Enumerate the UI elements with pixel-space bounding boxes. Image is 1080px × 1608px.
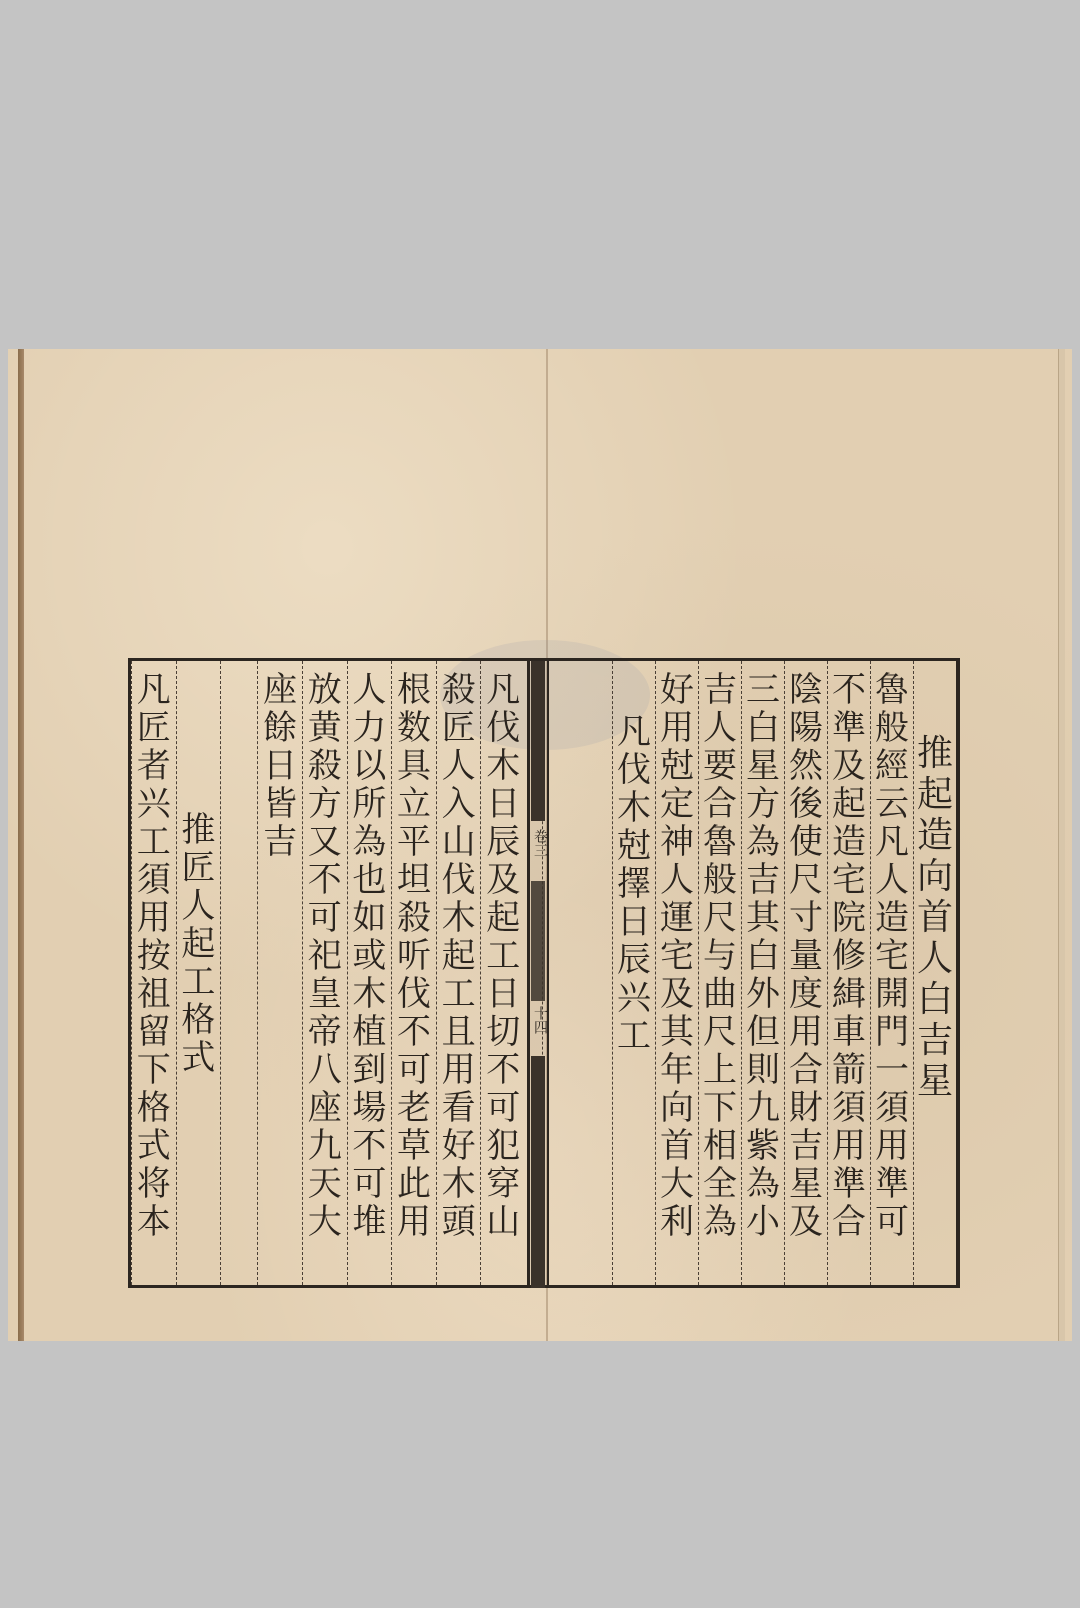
glyph: 工 <box>439 975 479 1013</box>
glyph: 用 <box>439 1051 479 1089</box>
glyph: 格 <box>134 1089 174 1127</box>
glyph: 曲 <box>700 975 740 1013</box>
text-column: 根数具立平坦殺听伐不可老草此用 <box>391 661 436 1285</box>
glyph: 草 <box>394 1127 434 1165</box>
glyph: 八 <box>305 1051 345 1089</box>
fish-tail-mark <box>531 661 545 821</box>
glyph: 数 <box>394 709 434 747</box>
glyph: 陽 <box>786 709 826 747</box>
fish-tail-mark <box>531 1056 545 1288</box>
glyph: 木 <box>439 899 479 937</box>
glyph: 听 <box>394 937 434 975</box>
glyph: 日 <box>483 975 523 1013</box>
glyph: 匠 <box>178 849 218 887</box>
glyph: 辰 <box>614 941 654 979</box>
glyph: 後 <box>786 785 826 823</box>
glyph: 用 <box>394 1203 434 1241</box>
glyph: 匠 <box>439 709 479 747</box>
glyph: 宅 <box>829 861 869 899</box>
glyph: 日 <box>614 903 654 941</box>
text-column: 陰陽然後使尺寸量度用合財吉星及 <box>784 661 827 1285</box>
glyph: 但 <box>743 1013 783 1051</box>
glyph: 及 <box>829 747 869 785</box>
text-column: 殺匠人入山伐木起工且用看好木頭 <box>436 661 481 1285</box>
glyph: 用 <box>872 1127 912 1165</box>
glyph: 度 <box>786 975 826 1013</box>
glyph: 老 <box>394 1089 434 1127</box>
glyph: 具 <box>394 747 434 785</box>
glyph: 神 <box>657 823 697 861</box>
glyph: 座 <box>305 1089 345 1127</box>
glyph: 殺 <box>305 747 345 785</box>
volume-label: 卷三 <box>529 829 547 857</box>
glyph: 云 <box>872 785 912 823</box>
glyph: 下 <box>134 1051 174 1089</box>
glyph: 造 <box>872 899 912 937</box>
text-column-blank <box>220 661 257 1285</box>
glyph: 大 <box>657 1165 697 1203</box>
glyph: 白 <box>743 709 783 747</box>
glyph: 所 <box>349 785 389 823</box>
glyph: 方 <box>305 785 345 823</box>
glyph: 式 <box>178 1039 218 1077</box>
page-edge-right <box>1058 349 1065 1341</box>
glyph: 箭 <box>829 1051 869 1089</box>
glyph: 可 <box>305 899 345 937</box>
glyph: 不 <box>305 861 345 899</box>
glyph: 全 <box>700 1165 740 1203</box>
glyph: 使 <box>786 823 826 861</box>
glyph: 匠 <box>134 709 174 747</box>
text-column: 吉人要合魯般尺与曲尺上下相全為 <box>698 661 741 1285</box>
glyph: 留 <box>134 1013 174 1051</box>
glyph: 緝 <box>829 975 869 1013</box>
text-column: 凡伐木日辰及起工日切不可犯穿山 <box>480 661 525 1285</box>
glyph: 植 <box>349 1013 389 1051</box>
glyph: 其 <box>743 899 783 937</box>
glyph: 頭 <box>439 1203 479 1241</box>
glyph: 坦 <box>394 861 434 899</box>
glyph: 好 <box>657 671 697 709</box>
printed-frame: 推起造向首人白吉星 魯般經云凡人造宅開門一須用準可 不準及起造宅院修緝車箭須用準… <box>128 658 960 1288</box>
glyph: 年 <box>657 1051 697 1089</box>
glyph: 凡 <box>483 671 523 709</box>
glyph: 木 <box>439 1165 479 1203</box>
glyph: 且 <box>439 1013 479 1051</box>
glyph: 運 <box>657 899 697 937</box>
text-column: 魯般經云凡人造宅開門一須用準可 <box>870 661 913 1285</box>
glyph: 下 <box>700 1089 740 1127</box>
glyph: 祖 <box>134 975 174 1013</box>
glyph: 木 <box>483 747 523 785</box>
glyph: 三 <box>743 671 783 709</box>
glyph: 陰 <box>786 671 826 709</box>
glyph: 及 <box>483 861 523 899</box>
glyph: 殺 <box>394 899 434 937</box>
glyph: 般 <box>700 861 740 899</box>
glyph: 首 <box>915 897 955 938</box>
glyph: 尺 <box>700 899 740 937</box>
glyph: 工 <box>614 1017 654 1055</box>
glyph: 相 <box>700 1127 740 1165</box>
glyph: 首 <box>657 1127 697 1165</box>
glyph: 力 <box>349 709 389 747</box>
glyph: 尅 <box>657 747 697 785</box>
glyph: 伐 <box>614 751 654 789</box>
glyph: 起 <box>439 937 479 975</box>
glyph: 到 <box>349 1051 389 1089</box>
glyph: 天 <box>305 1165 345 1203</box>
glyph: 工 <box>483 937 523 975</box>
glyph: 看 <box>439 1089 479 1127</box>
glyph: 起 <box>829 785 869 823</box>
glyph: 日 <box>260 747 300 785</box>
glyph: 兴 <box>134 785 174 823</box>
glyph: 根 <box>394 671 434 709</box>
glyph: 切 <box>483 1013 523 1051</box>
page-number: 十四 <box>529 1006 547 1034</box>
glyph: 也 <box>349 861 389 899</box>
glyph: 財 <box>786 1089 826 1127</box>
glyph: 方 <box>743 785 783 823</box>
glyph: 者 <box>134 747 174 785</box>
glyph: 推 <box>178 811 218 849</box>
glyph: 人 <box>439 747 479 785</box>
glyph: 穿 <box>483 1165 523 1203</box>
glyph: 宅 <box>657 937 697 975</box>
glyph: 開 <box>872 975 912 1013</box>
text-column: 凡匠者兴工須用按祖留下格式将本 <box>131 661 176 1285</box>
glyph: 星 <box>743 747 783 785</box>
glyph: 立 <box>394 785 434 823</box>
text-column: 不準及起造宅院修緝車箭須用準合 <box>827 661 870 1285</box>
glyph: 利 <box>657 1203 697 1241</box>
glyph: 尺 <box>786 861 826 899</box>
glyph: 量 <box>786 937 826 975</box>
glyph: 外 <box>743 975 783 1013</box>
glyph: 人 <box>700 709 740 747</box>
glyph: 用 <box>657 709 697 747</box>
glyph: 不 <box>483 1051 523 1089</box>
glyph: 木 <box>614 789 654 827</box>
glyph: 帝 <box>305 1013 345 1051</box>
glyph: 不 <box>349 1127 389 1165</box>
glyph: 将 <box>134 1165 174 1203</box>
glyph: 須 <box>872 1089 912 1127</box>
right-half-leaf: 推起造向首人白吉星 魯般經云凡人造宅開門一須用準可 不準及起造宅院修緝車箭須用準… <box>538 661 956 1285</box>
glyph: 或 <box>349 937 389 975</box>
glyph: 紫 <box>743 1127 783 1165</box>
glyph: 合 <box>786 1051 826 1089</box>
glyph: 及 <box>657 975 697 1013</box>
text-column: 推起造向首人白吉星 <box>913 661 956 1285</box>
glyph: 一 <box>872 1051 912 1089</box>
glyph: 放 <box>305 671 345 709</box>
glyph: 合 <box>700 785 740 823</box>
glyph: 山 <box>439 823 479 861</box>
glyph: 為 <box>349 823 389 861</box>
glyph: 黄 <box>305 709 345 747</box>
glyph: 吉 <box>700 671 740 709</box>
glyph: 餘 <box>260 709 300 747</box>
glyph: 其 <box>657 1013 697 1051</box>
glyph: 用 <box>786 1013 826 1051</box>
glyph: 門 <box>872 1013 912 1051</box>
glyph: 車 <box>829 1013 869 1051</box>
glyph: 小 <box>743 1203 783 1241</box>
glyph: 人 <box>872 861 912 899</box>
glyph: 本 <box>134 1203 174 1241</box>
glyph: 準 <box>829 709 869 747</box>
glyph: 經 <box>872 747 912 785</box>
banxin-center-strip: 卷三 十四 <box>527 661 549 1285</box>
glyph: 須 <box>134 861 174 899</box>
glyph: 人 <box>915 938 955 979</box>
glyph: 星 <box>915 1061 955 1102</box>
glyph: 須 <box>829 1089 869 1127</box>
glyph: 星 <box>786 1165 826 1203</box>
glyph: 皆 <box>260 785 300 823</box>
glyph: 辰 <box>483 823 523 861</box>
glyph: 可 <box>349 1165 389 1203</box>
glyph: 向 <box>915 856 955 897</box>
glyph: 定 <box>657 785 697 823</box>
glyph: 魯 <box>872 671 912 709</box>
glyph: 吉 <box>743 861 783 899</box>
glyph: 日 <box>483 785 523 823</box>
glyph: 吉 <box>786 1127 826 1165</box>
text-column: 人力以所為也如或木植到場不可堆 <box>347 661 392 1285</box>
text-column: 三白星方為吉其白外但則九紫為小 <box>741 661 784 1285</box>
glyph: 白 <box>743 937 783 975</box>
glyph: 則 <box>743 1051 783 1089</box>
glyph: 上 <box>700 1051 740 1089</box>
glyph: 起 <box>915 774 955 815</box>
glyph: 白 <box>915 979 955 1020</box>
glyph: 向 <box>657 1089 697 1127</box>
text-column: 凡伐木尅擇日辰兴工 <box>612 661 655 1285</box>
glyph: 起 <box>178 925 218 963</box>
glyph: 式 <box>134 1127 174 1165</box>
page-edge-left <box>18 349 24 1341</box>
glyph: 殺 <box>439 671 479 709</box>
glyph: 造 <box>915 815 955 856</box>
glyph: 此 <box>394 1165 434 1203</box>
glyph: 尅 <box>614 827 654 865</box>
glyph: 按 <box>134 937 174 975</box>
glyph: 吉 <box>915 1020 955 1061</box>
glyph: 格 <box>178 1001 218 1039</box>
glyph: 魯 <box>700 823 740 861</box>
glyph: 吉 <box>260 823 300 861</box>
glyph: 不 <box>829 671 869 709</box>
glyph: 犯 <box>483 1127 523 1165</box>
glyph: 兴 <box>614 979 654 1017</box>
glyph: 工 <box>178 963 218 1001</box>
glyph: 座 <box>260 671 300 709</box>
glyph: 伐 <box>483 709 523 747</box>
glyph: 山 <box>483 1203 523 1241</box>
glyph: 好 <box>439 1127 479 1165</box>
glyph: 修 <box>829 937 869 975</box>
glyph: 伐 <box>439 861 479 899</box>
glyph: 用 <box>134 899 174 937</box>
glyph: 尺 <box>700 1013 740 1051</box>
text-column-blank <box>542 661 612 1285</box>
glyph: 凡 <box>872 823 912 861</box>
glyph: 伐 <box>394 975 434 1013</box>
glyph: 起 <box>483 899 523 937</box>
glyph: 為 <box>743 823 783 861</box>
glyph: 如 <box>349 899 389 937</box>
glyph: 祀 <box>305 937 345 975</box>
glyph: 大 <box>305 1203 345 1241</box>
glyph: 為 <box>700 1203 740 1241</box>
glyph: 九 <box>743 1089 783 1127</box>
glyph: 凡 <box>614 713 654 751</box>
glyph: 以 <box>349 747 389 785</box>
glyph: 用 <box>829 1127 869 1165</box>
glyph: 般 <box>872 709 912 747</box>
glyph: 人 <box>657 861 697 899</box>
glyph: 木 <box>349 975 389 1013</box>
glyph: 又 <box>305 823 345 861</box>
glyph: 皇 <box>305 975 345 1013</box>
glyph: 準 <box>829 1165 869 1203</box>
glyph: 擇 <box>614 865 654 903</box>
glyph: 院 <box>829 899 869 937</box>
glyph: 凡 <box>134 671 174 709</box>
glyph: 平 <box>394 823 434 861</box>
glyph: 人 <box>178 887 218 925</box>
text-column: 推匠人起工格式 <box>176 661 221 1285</box>
glyph: 造 <box>829 823 869 861</box>
glyph: 為 <box>743 1165 783 1203</box>
glyph: 要 <box>700 747 740 785</box>
fish-tail-mark <box>531 881 545 1001</box>
glyph: 堆 <box>349 1203 389 1241</box>
glyph: 可 <box>872 1203 912 1241</box>
text-column: 座餘日皆吉 <box>257 661 302 1285</box>
left-half-leaf: 凡伐木日辰及起工日切不可犯穿山 殺匠人入山伐木起工且用看好木頭 根数具立平坦殺听… <box>131 661 525 1285</box>
text-column: 放黄殺方又不可祀皇帝八座九天大 <box>302 661 347 1285</box>
glyph: 与 <box>700 937 740 975</box>
glyph: 宅 <box>872 937 912 975</box>
glyph: 入 <box>439 785 479 823</box>
glyph: 寸 <box>786 899 826 937</box>
glyph: 人 <box>349 671 389 709</box>
glyph: 然 <box>786 747 826 785</box>
glyph: 不 <box>394 1013 434 1051</box>
glyph: 合 <box>829 1203 869 1241</box>
glyph: 及 <box>786 1203 826 1241</box>
glyph: 工 <box>134 823 174 861</box>
glyph: 可 <box>394 1051 434 1089</box>
glyph: 可 <box>483 1089 523 1127</box>
glyph: 九 <box>305 1127 345 1165</box>
glyph: 場 <box>349 1089 389 1127</box>
glyph: 準 <box>872 1165 912 1203</box>
glyph: 推 <box>915 733 955 774</box>
text-column: 好用尅定神人運宅及其年向首大利 <box>655 661 698 1285</box>
